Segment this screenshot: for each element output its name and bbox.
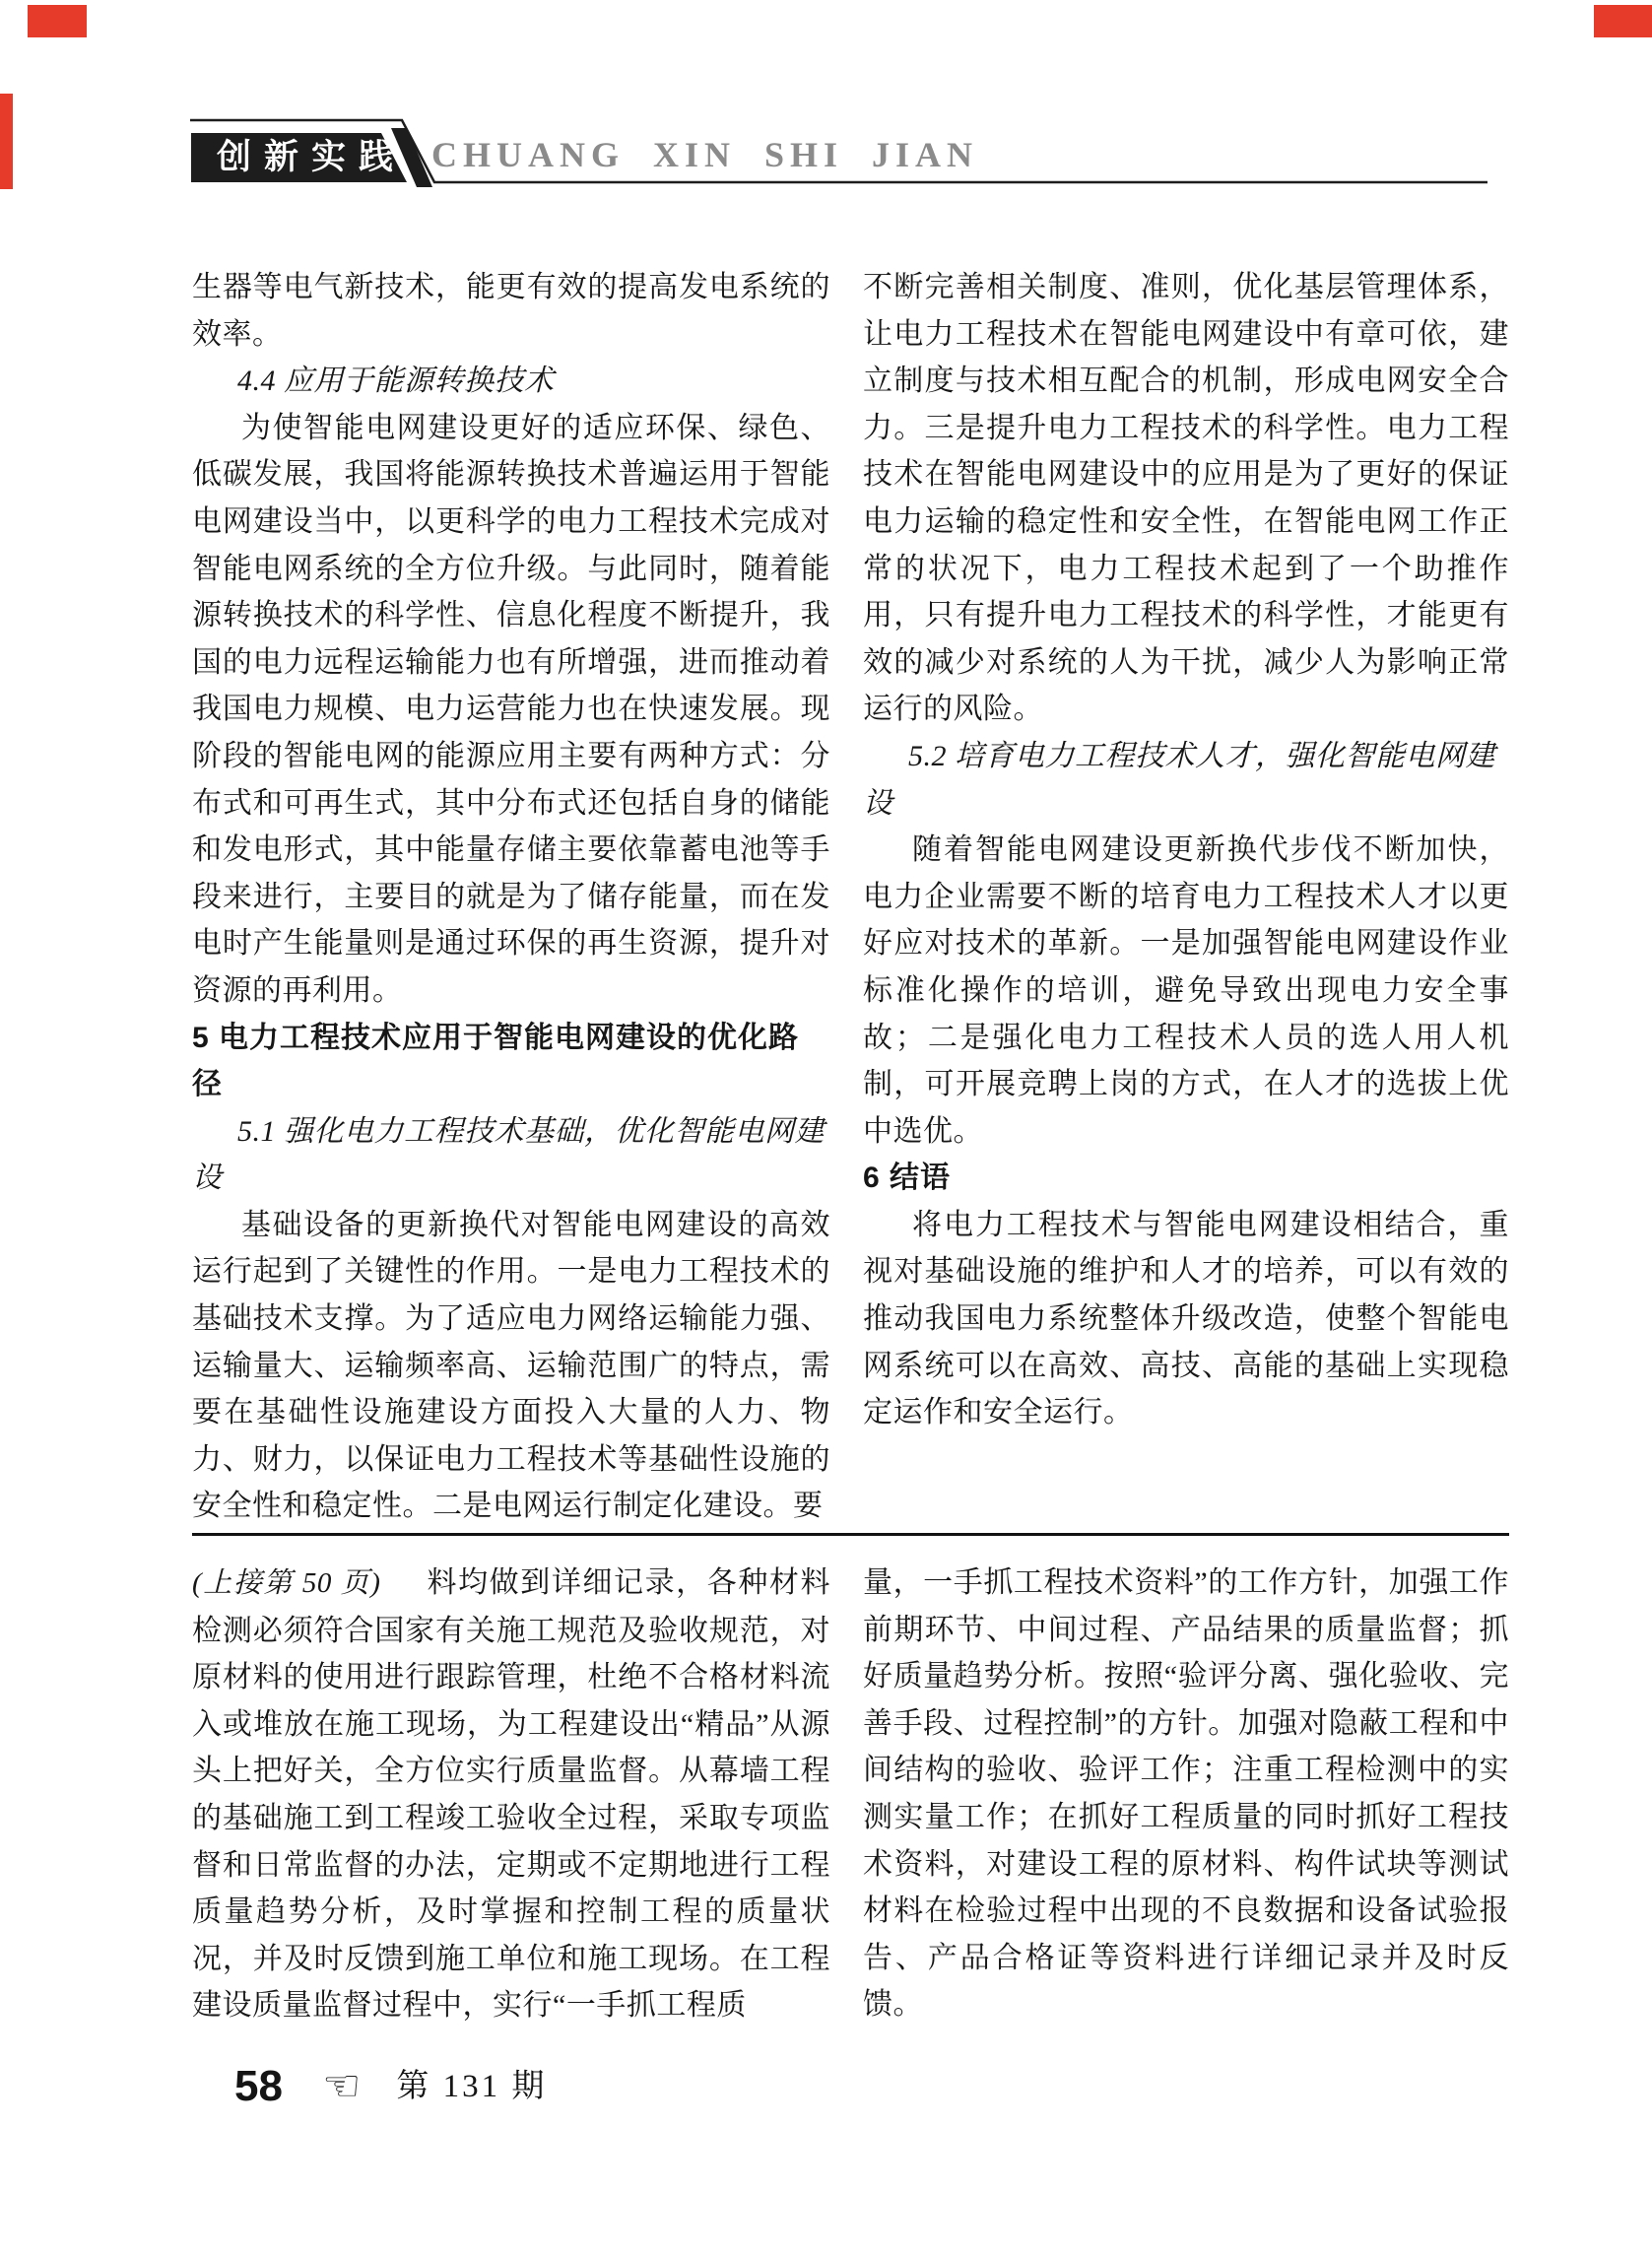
continuation-paragraph-left: (上接第 50 页)料均做到详细记录，各种材料检测必须符合国家有关施工规范及验收… xyxy=(192,1560,830,2029)
subheading-4-4: 4.4 应用于能源转换技术 xyxy=(192,358,830,405)
section-divider-rule xyxy=(192,1533,1509,1536)
subheading-5-2: 5.2 培育电力工程技术人才，强化智能电网建设 xyxy=(863,733,1509,827)
section-pinyin-title: CHUANG XIN SHI JIAN xyxy=(431,137,978,172)
heading-section-6: 6 结语 xyxy=(863,1155,1509,1202)
continuation-text-left: 料均做到详细记录，各种材料检测必须符合国家有关施工规范及验收规范，对原材料的使用… xyxy=(192,1566,830,2022)
page-footer: 58 ☜ 第 131 期 xyxy=(234,2061,547,2112)
scanned-journal-page: { "meta": { "page_background": "#ffffff"… xyxy=(0,0,1652,2258)
paragraph-5-2-body: 随着智能电网建设更新换代步伐不断加快，电力企业需要不断的培育电力工程技术人才以更… xyxy=(863,827,1509,1155)
paragraph-continuation-top: 生器等电气新技术，能更有效的提高发电系统的效率。 xyxy=(192,264,830,358)
heading-section-5: 5 电力工程技术应用于智能电网建设的优化路径 xyxy=(192,1015,817,1108)
section-logo-text: 创新实践 xyxy=(217,139,394,176)
paragraph-conclusion: 将电力工程技术与智能电网建设相结合，重视对基础设施的维护和人才的培养，可以有效的… xyxy=(863,1202,1509,1436)
continuation-column-left: (上接第 50 页)料均做到详细记录，各种材料检测必须符合国家有关施工规范及验收… xyxy=(192,1560,830,2029)
page-number: 58 xyxy=(234,2061,283,2112)
continuation-paragraph-right: 量，一手抓工程技术资料”的工作方针，加强工作前期环节、中间过程、产品结果的质量监… xyxy=(863,1560,1509,2028)
continued-from-note: (上接第 50 页) xyxy=(192,1567,380,1599)
paragraph-5-1-body-continued: 不断完善相关制度、准则，优化基层管理体系，让电力工程技术在智能电网建设中有章可依… xyxy=(863,264,1509,733)
pointing-hand-icon: ☜ xyxy=(322,2061,361,2112)
main-column-left: 生器等电气新技术，能更有效的提高发电系统的效率。 4.4 应用于能源转换技术 为… xyxy=(192,264,830,1530)
paragraph-energy-conversion: 为使智能电网建设更好的适应环保、绿色、低碳发展，我国将能源转换技术普遍运用于智能… xyxy=(192,405,830,1015)
header-rule-graphic xyxy=(0,0,1652,217)
main-column-right: 不断完善相关制度、准则，优化基层管理体系，让电力工程技术在智能电网建设中有章可依… xyxy=(863,264,1509,1436)
paragraph-5-1-body: 基础设备的更新换代对智能电网建设的高效运行起到了关键性的作用。一是电力工程技术的… xyxy=(192,1202,830,1530)
issue-number: 第 131 期 xyxy=(396,2061,547,2112)
subheading-5-1: 5.1 强化电力工程技术基础，优化智能电网建设 xyxy=(192,1108,830,1202)
continuation-column-right: 量，一手抓工程技术资料”的工作方针，加强工作前期环节、中间过程、产品结果的质量监… xyxy=(863,1560,1509,2028)
